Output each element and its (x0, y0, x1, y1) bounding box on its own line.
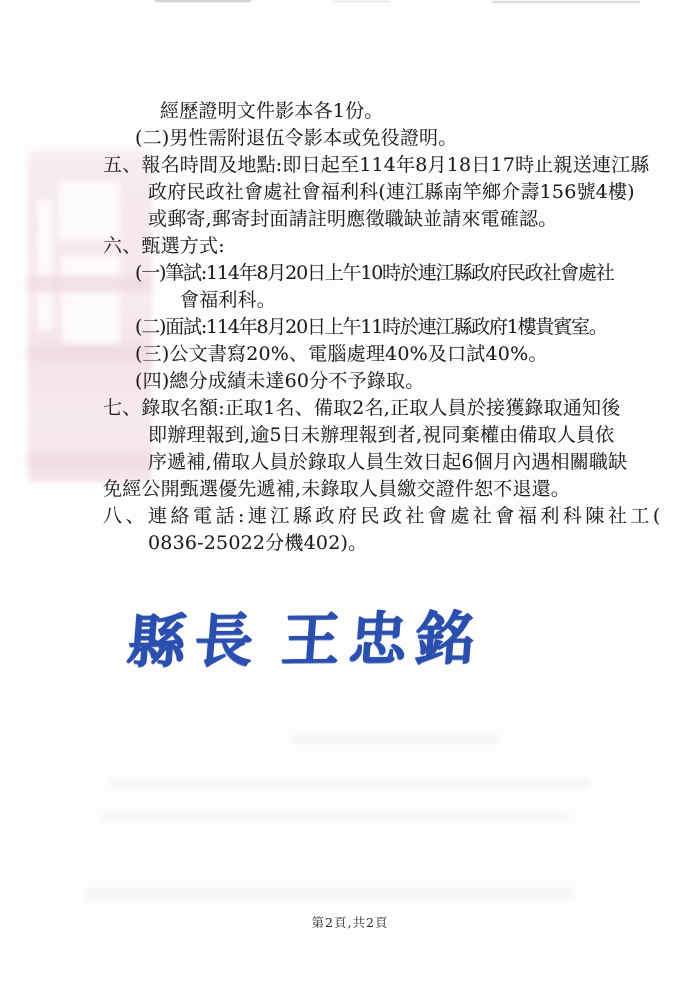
bleedthrough-ghost-text (110, 778, 590, 788)
magistrate-signature: 縣長王忠銘 (125, 591, 487, 679)
document-line: (二)面試:114年8月20日上午11時於連江縣政府1樓貴賓室。 (135, 314, 700, 341)
bleedthrough-ghost-text (85, 888, 575, 900)
document-line: 七、錄取名額:正取1名、備取2名,正取人員於接獲錄取通知後 (103, 395, 700, 422)
document-line: (四)總分成績未達60分不予錄取。 (135, 368, 700, 395)
scan-artifact (492, 1, 640, 3)
scan-artifact (332, 1, 390, 2)
document-line: 會福利科。 (180, 287, 700, 314)
document-line: 政府民政社會處社會福利科(連江縣南竿鄉介壽156號4樓) (148, 179, 700, 206)
signature-name: 王忠銘 (279, 604, 485, 674)
scan-artifact (155, 0, 251, 2)
document-line: 免經公開甄選優先遞補,未錄取人員繳交證件恕不退還。 (103, 476, 700, 503)
bleedthrough-ghost-text (100, 812, 570, 822)
document-line: 0836-25022分機402)。 (148, 530, 700, 557)
document-line: (二)男性需附退伍令影本或免役證明。 (135, 125, 700, 152)
bleedthrough-ghost-text (290, 735, 500, 743)
signature-title: 縣長 (125, 606, 264, 675)
scanned-document-page: 經歷證明文件影本各1份。 (二)男性需附退伍令影本或免役證明。 五、報名時間及地… (0, 0, 700, 990)
document-line: 序遞補,備取人員於錄取人員生效日起6個月內遇相關職缺 (148, 449, 700, 476)
document-body: 經歷證明文件影本各1份。 (二)男性需附退伍令影本或免役證明。 五、報名時間及地… (0, 98, 700, 557)
document-line: 六、甄選方式: (103, 233, 700, 260)
document-line: 五、報名時間及地點:即日起至114年8月18日17時止親送連江縣 (103, 152, 700, 179)
document-line: 八、連絡電話:連江縣政府民政社會處社會福利科陳社工( (103, 503, 700, 530)
page-number-footer: 第2頁,共2頁 (0, 913, 700, 931)
document-line: (一)筆試:114年8月20日上午10時於連江縣政府民政社會處社 (135, 260, 700, 287)
document-line: 即辦理報到,逾5日未辦理報到者,視同棄權由備取人員依 (148, 422, 700, 449)
document-line: (三)公文書寫20%、電腦處理40%及口試40%。 (135, 341, 700, 368)
document-line: 經歷證明文件影本各1份。 (160, 98, 700, 125)
document-line: 或郵寄,郵寄封面請註明應徵職缺並請來電確認。 (148, 206, 700, 233)
